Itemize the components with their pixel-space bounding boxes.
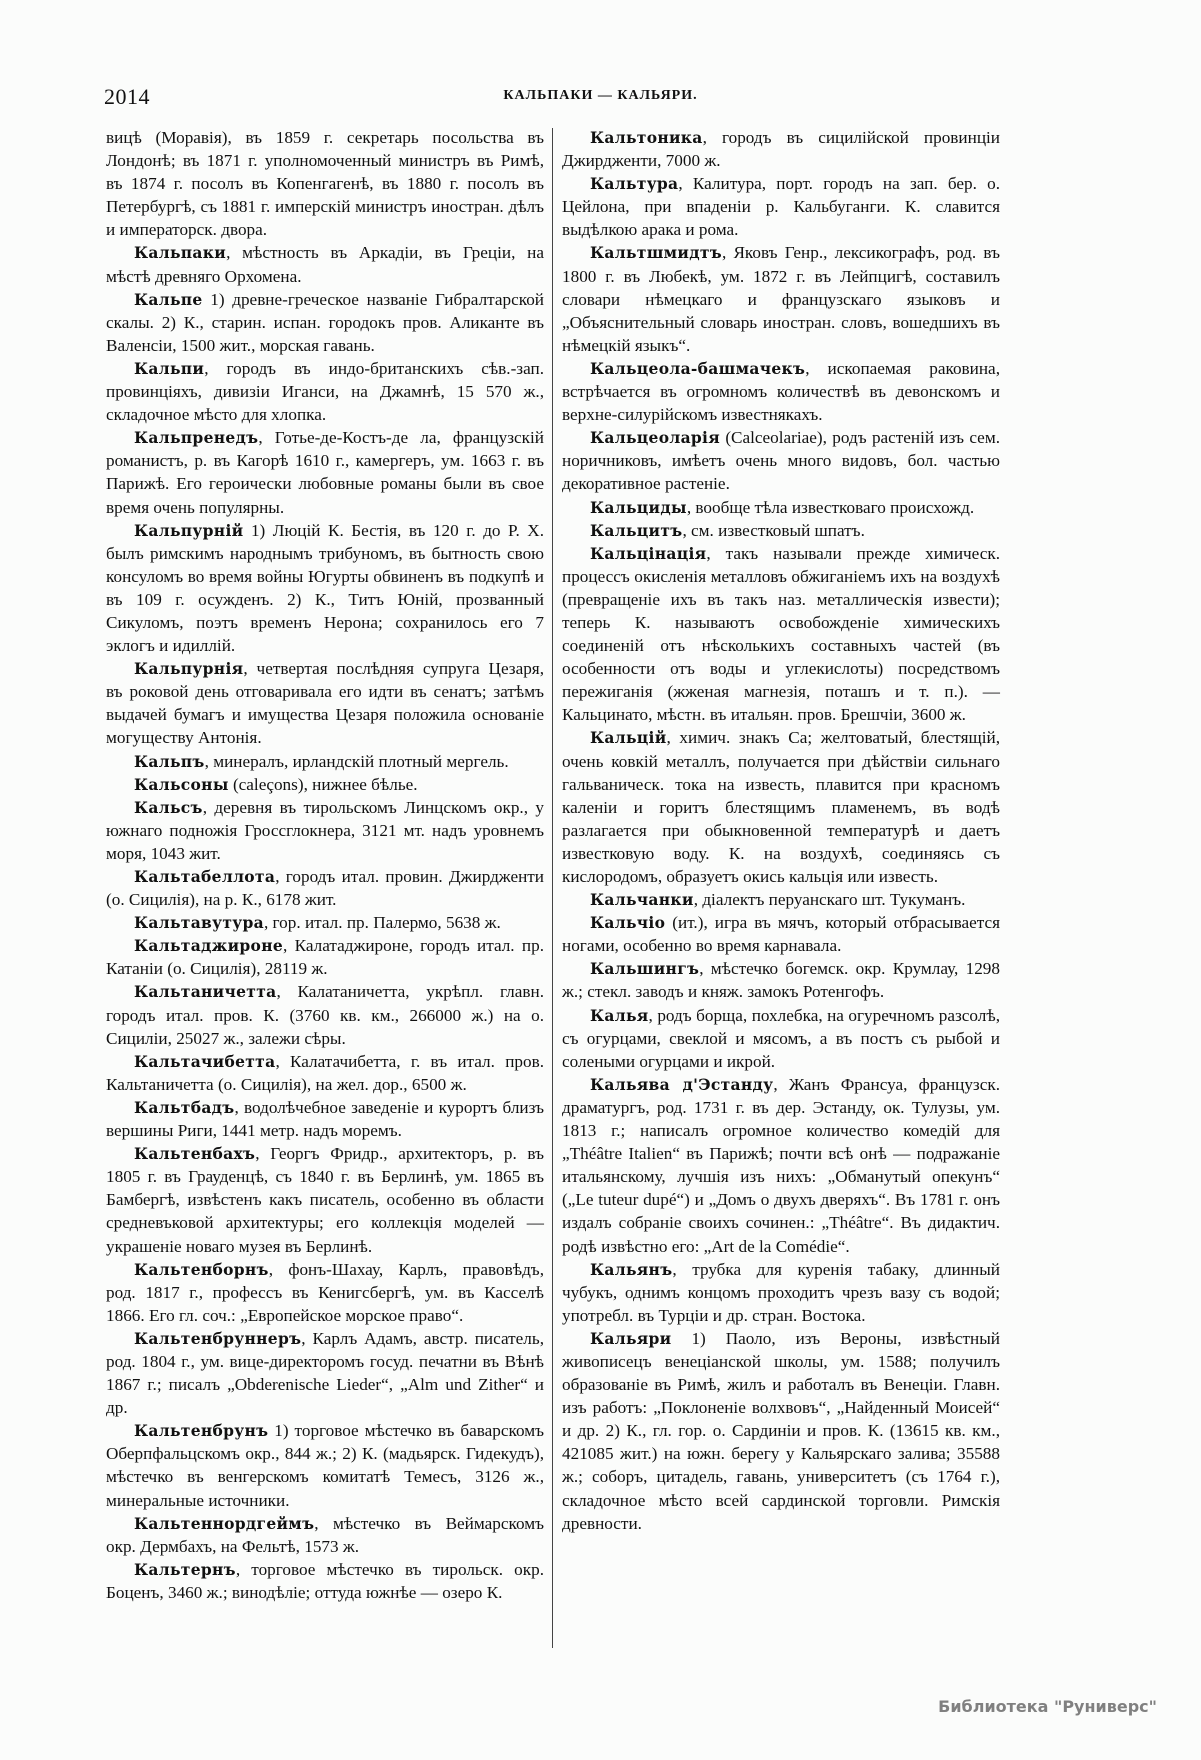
entry-headword: Кальтенбахъ: [134, 1144, 255, 1163]
entry-headword: Кальсоны: [134, 775, 229, 794]
dictionary-entry: Кальпурній 1) Люцій К. Бестія, въ 120 г.…: [106, 519, 544, 658]
entry-headword: Кальтенборнъ: [134, 1260, 269, 1279]
dictionary-entry: Кальтеннордгеймъ, мѣстечко въ Веймарском…: [106, 1512, 544, 1558]
dictionary-entry: Кальцеола-башмачекъ, ископаемая раковина…: [562, 357, 1000, 426]
dictionary-entry: Кальсоны (caleçons), нижнее бѣлье.: [106, 773, 544, 796]
column-divider: [552, 128, 553, 1648]
dictionary-entry: Кальчанки, діалектъ перуанскаго шт. Туку…: [562, 888, 1000, 911]
dictionary-entry: Кальтоника, городъ въ сицилійской провин…: [562, 126, 1000, 172]
dictionary-entry: Кальтаничетта, Калатаничетта, укрѣпл. гл…: [106, 980, 544, 1049]
dictionary-entry: Кальтенбахъ, Георгъ Фридр., архитекторъ,…: [106, 1142, 544, 1257]
dictionary-entry: Кальтбадъ, водолѣчебное заведеніе и куро…: [106, 1096, 544, 1142]
entry-headword: Кальцитъ: [590, 521, 682, 540]
entry-headword: Кальтшмидтъ: [590, 243, 722, 262]
dictionary-entry: Кальтенбруннеръ, Карлъ Адамъ, австр. пис…: [106, 1327, 544, 1419]
entry-text: , гор. итал. пр. Палермо, 5638 ж.: [264, 913, 501, 932]
entry-headword: Кальциды: [590, 498, 687, 517]
dictionary-entry: Кальяри 1) Паоло, изъ Вероны, извѣстный …: [562, 1327, 1000, 1535]
entry-text: , діалектъ перуанскаго шт. Тукуманъ.: [694, 890, 966, 909]
running-head: КАЛЬПАКИ — КАЛЬЯРИ.: [0, 88, 1201, 104]
dictionary-entry: Кальява д'Эстанду, Жанъ Франсуа, француз…: [562, 1073, 1000, 1258]
entry-text: 1) Люцій К. Бестія, въ 120 г. до Р. Х. б…: [106, 521, 544, 655]
entry-text: , такъ называли прежде химическ. процесс…: [562, 544, 1000, 725]
dictionary-entry: Кальтенбрунъ 1) торговое мѣстечко въ бав…: [106, 1419, 544, 1511]
entry-headword: Кальцій: [590, 728, 667, 747]
dictionary-entry: Кальпи, городъ въ индо-британскихъ сѣв.-…: [106, 357, 544, 426]
entry-headword: Кальтернъ: [134, 1560, 236, 1579]
dictionary-entry: Кальцінація, такъ называли прежде химиче…: [562, 542, 1000, 727]
dictionary-entry: Кальпе 1) древне-греческое названіе Гибр…: [106, 288, 544, 357]
dictionary-entry: Кальянъ, трубка для куренія табаку, длин…: [562, 1258, 1000, 1327]
entry-headword: Кальпурнія: [134, 659, 243, 678]
entry-text: , химич. знакъ Ca; желтоватый, блестящій…: [562, 728, 1000, 886]
entry-headword: Кальчіо: [590, 913, 665, 932]
dictionary-entry: Кальпъ, минералъ, ирландскій плотный мер…: [106, 750, 544, 773]
dictionary-entry: Кальциды, вообще тѣла известковаго проис…: [562, 496, 1000, 519]
entry-headword: Кальява д'Эстанду: [590, 1075, 773, 1094]
entry-text: 1) Паоло, изъ Вероны, извѣстный живописе…: [562, 1329, 1000, 1533]
entry-text: , см. известковый шпатъ.: [682, 521, 864, 540]
entry-headword: Кальтбадъ: [134, 1098, 235, 1117]
dictionary-entry: Кальтабеллота, городъ итал. провин. Джир…: [106, 865, 544, 911]
entry-headword: Кальпъ: [134, 752, 205, 771]
right-column: Кальтоника, городъ въ сицилійской провин…: [562, 126, 1000, 1535]
entry-headword: Кальтачибетта: [134, 1052, 275, 1071]
dictionary-entry: Кальтенборнъ, фонъ-Шахау, Карлъ, правовѣ…: [106, 1258, 544, 1327]
entry-headword: Кальтоника: [590, 128, 703, 147]
dictionary-entry: Кальцій, химич. знакъ Ca; желтоватый, бл…: [562, 726, 1000, 888]
dictionary-entry: Кальпурнія, четвертая послѣдняя супруга …: [106, 657, 544, 749]
entry-text: вицѣ (Моравія), въ 1859 г. секретарь пос…: [106, 128, 544, 239]
entry-headword: Кальцеола-башмачекъ: [590, 359, 805, 378]
dictionary-entry: Калья, родъ борща, похлебка, на огуречно…: [562, 1004, 1000, 1073]
left-column: вицѣ (Моравія), въ 1859 г. секретарь пос…: [106, 126, 544, 1604]
library-watermark: Библиотека "Руниверс": [938, 1697, 1157, 1716]
entry-headword: Кальцінація: [590, 544, 706, 563]
entry-headword: Кальсъ: [134, 798, 203, 817]
entry-headword: Кальцеоларія: [590, 428, 720, 447]
dictionary-entry: Кальтура, Калитура, порт. городъ на зап.…: [562, 172, 1000, 241]
dictionary-entry: Кальчіо (ит.), игра въ мячъ, который отб…: [562, 911, 1000, 957]
entry-headword: Кальтеннордгеймъ: [134, 1514, 314, 1533]
dictionary-entry: Кальпаки, мѣстность въ Аркадіи, въ Греці…: [106, 241, 544, 287]
dictionary-entry: Кальшингъ, мѣстечко богемск. окр. Крумла…: [562, 957, 1000, 1003]
dictionary-entry: Кальпренедъ, Готье-де-Костъ-де ла, франц…: [106, 426, 544, 518]
entry-headword: Кальтенбрунъ: [134, 1421, 268, 1440]
entry-headword: Калья: [590, 1006, 649, 1025]
dictionary-entry: Кальцитъ, см. известковый шпатъ.: [562, 519, 1000, 542]
entry-text: , вообще тѣла известковаго происхожд.: [687, 498, 974, 517]
entry-headword: Кальтура: [590, 174, 678, 193]
dictionary-entry: Кальцеоларія (Calceolariae), родъ растен…: [562, 426, 1000, 495]
entry-headword: Кальтаничетта: [134, 982, 276, 1001]
entry-headword: Кальчанки: [590, 890, 694, 909]
dictionary-entry: Кальтавутура, гор. итал. пр. Палермо, 56…: [106, 911, 544, 934]
dictionary-entry: Кальсъ, деревня въ тирольскомъ Линцскомъ…: [106, 796, 544, 865]
dictionary-entry: Кальтернъ, торговое мѣстечко въ тирольск…: [106, 1558, 544, 1604]
entry-text: (caleçons), нижнее бѣлье.: [229, 775, 418, 794]
entry-headword: Кальпе: [134, 290, 203, 309]
entry-headword: Кальпренедъ: [134, 428, 258, 447]
entry-text: , Жанъ Франсуа, французск. драматургъ, р…: [562, 1075, 1000, 1256]
dictionary-entry: Кальтшмидтъ, Яковъ Генр., лексикографъ, …: [562, 241, 1000, 356]
entry-headword: Кальшингъ: [590, 959, 699, 978]
entry-headword: Кальтабеллота: [134, 867, 275, 886]
dictionary-entry: вицѣ (Моравія), въ 1859 г. секретарь пос…: [106, 126, 544, 241]
entry-headword: Кальтенбруннеръ: [134, 1329, 301, 1348]
entry-headword: Кальпаки: [134, 243, 226, 262]
entry-headword: Кальтавутура: [134, 913, 264, 932]
entry-headword: Кальпурній: [134, 521, 243, 540]
entry-headword: Кальтаджироне: [134, 936, 283, 955]
entry-text: , минералъ, ирландскій плотный мергель.: [205, 752, 509, 771]
dictionary-entry: Кальтаджироне, Калатаджироне, городъ ита…: [106, 934, 544, 980]
entry-headword: Кальянъ: [590, 1260, 672, 1279]
entry-headword: Кальяри: [590, 1329, 671, 1348]
dictionary-entry: Кальтачибетта, Калатачибетта, г. въ итал…: [106, 1050, 544, 1096]
entry-headword: Кальпи: [134, 359, 204, 378]
